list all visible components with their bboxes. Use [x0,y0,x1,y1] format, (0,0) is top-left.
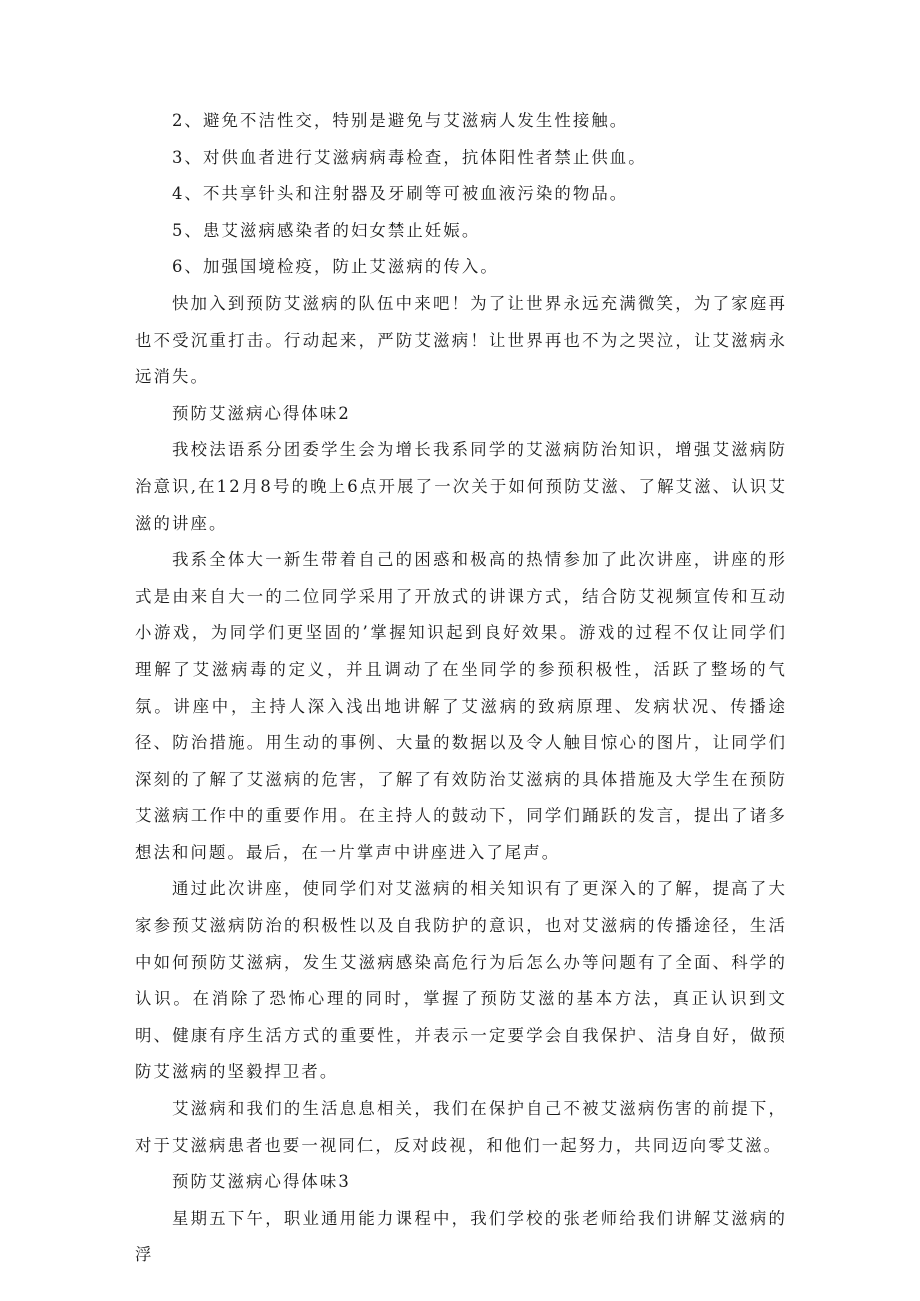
section-heading-3: 预防艾滋病心得体味3 [135,1164,787,1201]
list-item-pregnancy: 5、患艾滋病感染者的妇女禁止妊娠。 [135,213,787,250]
closing-paragraph: 艾滋病和我们的生活息息相关，我们在保护自己不被艾滋病伤害的前提下，对于艾滋病患者… [135,1091,787,1164]
section-3-first-paragraph: 星期五下午，职业通用能力课程中，我们学校的张老师给我们讲解艾滋病的浮 [135,1201,787,1274]
list-item-border-quarantine: 6、加强国境检疫，防止艾滋病的传入。 [135,249,787,286]
lecture-intro-paragraph: 我校法语系分团委学生会为增长我系同学的艾滋病防治知识，增强艾滋病防治意识,在12… [135,432,787,542]
list-item-no-sharing-needles: 4、不共享针头和注射器及牙刷等可被血液污染的物品。 [135,176,787,213]
list-item-avoid-unsafe-sex: 2、避免不洁性交，特别是避免与艾滋病人发生性接触。 [135,103,787,140]
lecture-description-paragraph: 我系全体大一新生带着自己的困惑和极高的热情参加了此次讲座，讲座的形式是由来自大一… [135,542,787,871]
call-to-action-paragraph: 快加入到预防艾滋病的队伍中来吧！为了让世界永远充满微笑，为了家庭再也不受沉重打击… [135,286,787,396]
document-page: 2、避免不洁性交，特别是避免与艾滋病人发生性接触。 3、对供血者进行艾滋病病毒检… [135,103,787,1274]
lecture-outcome-paragraph: 通过此次讲座，使同学们对艾滋病的相关知识有了更深入的了解，提高了大家参预艾滋病防… [135,871,787,1091]
list-item-blood-donor-screening: 3、对供血者进行艾滋病病毒检查，抗体阳性者禁止供血。 [135,140,787,177]
section-heading-2: 预防艾滋病心得体味2 [135,396,787,433]
